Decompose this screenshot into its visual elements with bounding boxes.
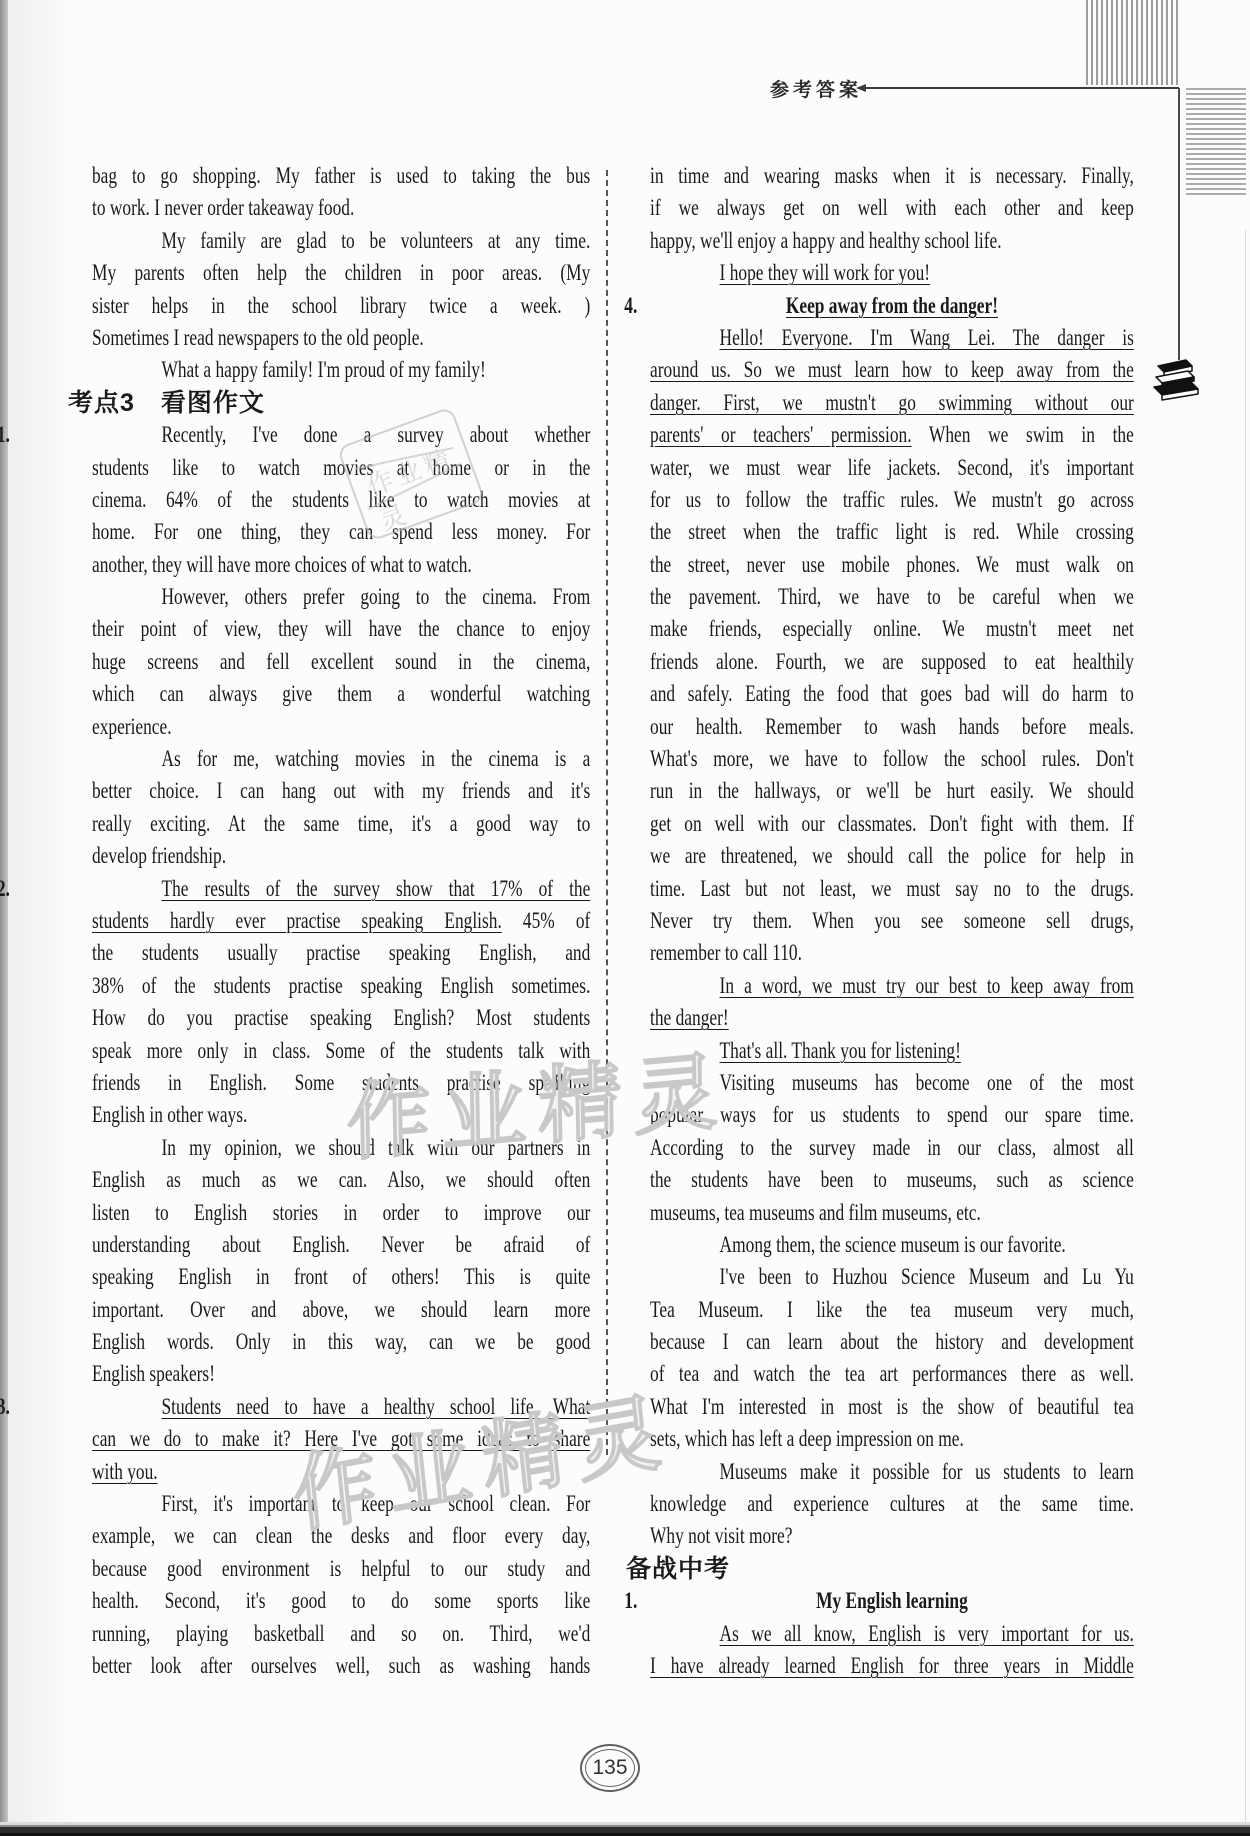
underlined-text: I have already learned English for three… [650,1653,1134,1678]
books-icon [1148,356,1202,411]
text-line: speaking English in front of others! Thi… [92,1261,590,1293]
page-header-title: 参考答案 [770,75,862,102]
text-line: remember to call 110. [650,937,1134,969]
text-line: run in the hallways, or we'll be hurt ea… [650,775,1134,807]
left-text-column: bag to go shopping. My father is used to… [92,160,590,1682]
content-right-border [1178,88,1180,360]
page-number: 135 [585,1749,635,1787]
text-segment: running, playing basketball and so on. T… [92,1621,590,1646]
text-segment: bag to go shopping. My father is used to… [92,163,590,188]
text-line: Hello! Everyone. I'm Wang Lei. The dange… [650,322,1134,354]
item-number: 1. [0,419,10,451]
text-segment: the street when the traffic light is red… [650,519,1134,544]
text-segment: listen to English stories in order to im… [92,1200,590,1225]
text-segment: important. Over and above, we should lea… [92,1297,590,1322]
text-line: Among them, the science museum is our fa… [650,1229,1134,1261]
text-line: popular ways for us students to spend ou… [650,1099,1134,1131]
text-line: In my opinion, we should talk with our p… [92,1132,590,1164]
text-segment: home. For one thing, they can spend less… [92,519,590,544]
text-line: understanding about English. Never be af… [92,1229,590,1261]
text-segment: My English learning [816,1588,968,1613]
text-segment: Visiting museums has become one of the m… [720,1070,1134,1095]
text-segment: for us to follow the traffic rules. We m… [650,487,1134,512]
text-line: can we do to make it? Here I've got some… [92,1423,590,1455]
text-segment: health. Second, it's good to do some spo… [92,1588,590,1613]
right-text-column: in time and wearing masks when it is nec… [650,160,1134,1682]
text-segment: First, it's important to keep our school… [161,1491,590,1516]
text-segment: happy, we'll enjoy a happy and healthy s… [650,228,1002,253]
text-line: of tea and watch the tea art performance… [650,1358,1134,1390]
text-line: if we always get on well with each other… [650,192,1134,224]
text-line: knowledge and experience cultures at the… [650,1488,1134,1520]
text-line: English words. Only in this way, can we … [92,1326,590,1358]
text-line: Museums make it possible for us students… [650,1456,1134,1488]
text-line: friends in English. Some students practi… [92,1067,590,1099]
text-line: Sometimes I read newspapers to the old p… [92,322,590,354]
text-line: cinema. 64% of the students like to watc… [92,484,590,516]
item-number: 3. [0,1391,10,1423]
text-line: the street, never use mobile phones. We … [650,549,1134,581]
text-segment: English speakers! [92,1361,215,1386]
text-segment: Why not visit more? [650,1523,792,1548]
text-line: the street when the traffic light is red… [650,516,1134,548]
text-segment: better look after ourselves well, such a… [92,1653,590,1678]
item-number: 4. [624,290,637,322]
text-line: As we all know, English is very importan… [650,1618,1134,1650]
text-line: the students usually practise speaking E… [92,937,590,969]
text-segment: huge screens and fell excellent sound in… [92,649,590,674]
text-line: time. Last but not least, we must say no… [650,873,1134,905]
text-line: As for me, watching movies in the cinema… [92,743,590,775]
text-line: 1.Recently, I've done a survey about whe… [92,419,590,451]
text-segment: What I'm interested in most is the show … [650,1394,1134,1419]
text-line: the students have been to museums, such … [650,1164,1134,1196]
text-line: better choice. I can hang out with my fr… [92,775,590,807]
underlined-text: around us. So we must learn how to keep … [650,357,1134,382]
text-segment: 考点3 看图作文 [68,389,265,417]
text-line: My parents often help the children in po… [92,257,590,289]
text-line: parents' or teachers' permission. When w… [650,419,1134,451]
text-line: My family are glad to be volunteers at a… [92,225,590,257]
essay-title-line: 1.My English learning [650,1585,1134,1617]
text-line: the pavement. Third, we have to be caref… [650,581,1134,613]
text-line: 5.Visiting museums has become one of the… [650,1067,1134,1099]
underlined-text: Students need to have a healthy school l… [161,1394,590,1419]
text-segment: in time and wearing masks when it is nec… [650,163,1134,188]
text-segment: time. Last but not least, we must say no… [650,876,1134,901]
text-segment: How do you practise speaking English? Mo… [92,1005,590,1030]
text-line: with you. [92,1456,590,1488]
text-line: the danger! [650,1002,1134,1034]
text-segment: What's more, we have to follow the schoo… [650,746,1134,771]
text-segment: sets, which has left a deep impression o… [650,1426,964,1451]
text-segment: really exciting. At the same time, it's … [92,811,590,836]
text-line: develop friendship. [92,840,590,872]
text-line: sets, which has left a deep impression o… [650,1423,1134,1455]
text-segment: because good environment is helpful to o… [92,1556,590,1581]
text-line: really exciting. At the same time, it's … [92,808,590,840]
text-segment: run in the hallways, or we'll be hurt ea… [650,778,1134,803]
corner-stripes-horizontal [1186,88,1246,196]
text-segment: Sometimes I read newspapers to the old p… [92,325,424,350]
text-segment: water, we must wear life jackets. Second… [650,455,1134,480]
text-line: English speakers! [92,1358,590,1390]
text-segment: the pavement. Third, we have to be caref… [650,584,1134,609]
text-segment: the students have been to museums, such … [650,1167,1134,1192]
text-line: in time and wearing masks when it is nec… [650,160,1134,192]
text-line: What a happy family! I'm proud of my fam… [92,354,590,386]
text-line: What I'm interested in most is the show … [650,1391,1134,1423]
corner-stripes-vertical [1086,0,1180,85]
text-segment: When we swim in the [912,422,1134,447]
text-segment: develop friendship. [92,843,226,868]
text-segment: speak more only in class. Some of the st… [92,1038,590,1063]
text-segment: popular ways for us students to spend ou… [650,1102,1134,1127]
column-divider [606,170,608,1455]
text-line: happy, we'll enjoy a happy and healthy s… [650,225,1134,257]
text-line: Tea Museum. I like the tea museum very m… [650,1294,1134,1326]
text-line: speak more only in class. Some of the st… [92,1035,590,1067]
text-segment: of tea and watch the tea art performance… [650,1361,1134,1386]
text-line: What's more, we have to follow the schoo… [650,743,1134,775]
text-segment: However, others prefer going to the cine… [161,584,590,609]
text-line: 38% of the students practise speaking En… [92,970,590,1002]
scan-right-edge [1245,230,1246,1822]
text-line: Never try them. When you see someone sel… [650,905,1134,937]
text-segment: Tea Museum. I like the tea museum very m… [650,1297,1134,1322]
text-segment: and safely. Eating the food that goes ba… [650,681,1134,706]
item-number: 5. [555,1067,568,1099]
text-segment: 45% of [502,908,591,933]
text-line: I have already learned English for three… [650,1650,1134,1682]
text-segment: English as much as we can. Also, we shou… [92,1167,590,1192]
scan-gutter-shadow [8,0,78,1836]
text-line: I hope they will work for you! [650,257,1134,289]
underlined-text: students hardly ever practise speaking E… [92,908,502,933]
text-segment: their point of view, they will have the … [92,616,590,641]
text-line: listen to English stories in order to im… [92,1197,590,1229]
text-segment: because I can learn about the history an… [650,1329,1134,1354]
text-line: to work. I never order takeaway food. [92,192,590,224]
arrow-left-icon [856,84,866,92]
text-line: museums, tea museums and film museums, e… [650,1197,1134,1229]
text-line: experience. [92,711,590,743]
text-segment: to work. I never order takeaway food. [92,195,354,220]
text-segment: museums, tea museums and film museums, e… [650,1200,981,1225]
text-line: because good environment is helpful to o… [92,1553,590,1585]
answer-book-page: 参考答案 bag to go shopping. My father is us… [0,0,1250,1836]
text-segment: friends in English. Some students practi… [92,1070,590,1095]
text-segment: English in other ways. [92,1102,247,1127]
text-line: get on well with our classmates. Don't f… [650,808,1134,840]
text-segment: better choice. I can hang out with my fr… [92,778,590,803]
text-line: In a word, we must try our best to keep … [650,970,1134,1002]
text-line: another, they will have more choices of … [92,549,590,581]
text-line: First, it's important to keep our school… [92,1488,590,1520]
text-line: our health. Remember to wash hands befor… [650,711,1134,743]
text-segment: the street, never use mobile phones. We … [650,552,1134,577]
underlined-text: The results of the survey show that 17% … [161,876,590,901]
text-segment: Never try them. When you see someone sel… [650,908,1134,933]
text-line: 2.The results of the survey show that 17… [92,873,590,905]
text-line: According to the survey made in our clas… [650,1132,1134,1164]
text-line: health. Second, it's good to do some spo… [92,1585,590,1617]
text-line: better look after ourselves well, such a… [92,1650,590,1682]
text-line: and safely. Eating the food that goes ba… [650,678,1134,710]
text-line: bag to go shopping. My father is used to… [92,160,590,192]
text-segment: experience. [92,714,172,739]
text-segment: According to the survey made in our clas… [650,1135,1134,1160]
text-segment: our health. Remember to wash hands befor… [650,714,1134,739]
section-heading: 备战中考 [626,1553,1134,1585]
text-segment: 38% of the students practise speaking En… [92,973,590,998]
text-line: Why not visit more? [650,1520,1134,1552]
text-line: for us to follow the traffic rules. We m… [650,484,1134,516]
text-line: home. For one thing, they can spend less… [92,516,590,548]
text-line: 3.Students need to have a healthy school… [92,1391,590,1423]
text-line: friends alone. Fourth, we are supposed t… [650,646,1134,678]
text-segment: knowledge and experience cultures at the… [650,1491,1134,1516]
text-segment: if we always get on well with each other… [650,195,1134,220]
text-line: English as much as we can. Also, we shou… [92,1164,590,1196]
text-segment: the students usually practise speaking E… [92,940,590,965]
text-line: important. Over and above, we should lea… [92,1294,590,1326]
text-segment: another, they will have more choices of … [92,552,472,577]
text-line: which can always give them a wonderful w… [92,678,590,710]
text-line: running, playing basketball and so on. T… [92,1618,590,1650]
text-line: English in other ways. [92,1099,590,1131]
text-line: example, we can clean the desks and floo… [92,1520,590,1552]
text-segment: make friends, especially online. We must… [650,616,1134,641]
scan-left-edge [0,0,8,1836]
text-segment: understanding about English. Never be af… [92,1232,590,1257]
item-number: 1. [624,1585,637,1617]
underlined-text: I hope they will work for you! [720,260,931,285]
text-line: make friends, especially online. We must… [650,613,1134,645]
underlined-text: can we do to make it? Here I've got some… [92,1426,590,1451]
text-segment: sister helps in the school library twice… [92,293,590,318]
text-segment: cinema. 64% of the students like to watc… [92,487,590,512]
text-line: That's all. Thank you for listening! [650,1035,1134,1067]
text-segment: What a happy family! I'm proud of my fam… [161,357,485,382]
text-segment: My family are glad to be volunteers at a… [161,228,590,253]
text-segment: speaking English in front of others! Thi… [92,1264,590,1289]
text-segment: we are threatened, we should call the po… [650,843,1134,868]
text-segment: get on well with our classmates. Don't f… [650,811,1134,836]
text-line: students hardly ever practise speaking E… [92,905,590,937]
text-segment: In my opinion, we should talk with our p… [161,1135,590,1160]
underlined-text: That's all. Thank you for listening! [720,1038,961,1063]
underlined-text: danger. First, we mustn't go swimming wi… [650,390,1134,415]
underlined-text: with you. [92,1459,158,1484]
text-segment: My parents often help the children in po… [92,260,590,285]
section-heading: 考点3 看图作文 [68,387,590,419]
text-line: danger. First, we mustn't go swimming wi… [650,387,1134,419]
underlined-text: Hello! Everyone. I'm Wang Lei. The dange… [720,325,1134,350]
text-segment: remember to call 110. [650,940,802,965]
underlined-text: Keep away from the danger! [786,293,998,318]
text-segment: I've been to Huzhou Science Museum and L… [720,1264,1134,1289]
underlined-text: the danger! [650,1005,729,1030]
header-arrow [866,87,1179,89]
text-segment: Among them, the science museum is our fa… [720,1232,1066,1257]
text-line: water, we must wear life jackets. Second… [650,452,1134,484]
text-line: their point of view, they will have the … [92,613,590,645]
item-number: 2. [0,873,10,905]
text-segment: English words. Only in this way, can we … [92,1329,590,1354]
text-line: around us. So we must learn how to keep … [650,354,1134,386]
text-line: I've been to Huzhou Science Museum and L… [650,1261,1134,1293]
text-line: because I can learn about the history an… [650,1326,1134,1358]
text-segment: friends alone. Fourth, we are supposed t… [650,649,1134,674]
text-line: we are threatened, we should call the po… [650,840,1134,872]
text-line: However, others prefer going to the cine… [92,581,590,613]
page-number-badge: 135 [580,1744,640,1792]
text-segment: example, we can clean the desks and floo… [92,1523,590,1548]
text-line: sister helps in the school library twice… [92,290,590,322]
text-line: huge screens and fell excellent sound in… [92,646,590,678]
scan-bottom-edge [0,1822,1250,1836]
essay-title-line: 4.Keep away from the danger! [650,290,1134,322]
text-segment: 备战中考 [626,1555,730,1583]
underlined-text: In a word, we must try our best to keep … [720,973,1134,998]
text-line: How do you practise speaking English? Mo… [92,1002,590,1034]
underlined-text: As we all know, English is very importan… [720,1621,1134,1646]
text-segment: which can always give them a wonderful w… [92,681,590,706]
text-segment: Museums make it possible for us students… [720,1459,1134,1484]
underlined-text: parents' or teachers' permission. [650,422,912,447]
text-segment: As for me, watching movies in the cinema… [161,746,590,771]
